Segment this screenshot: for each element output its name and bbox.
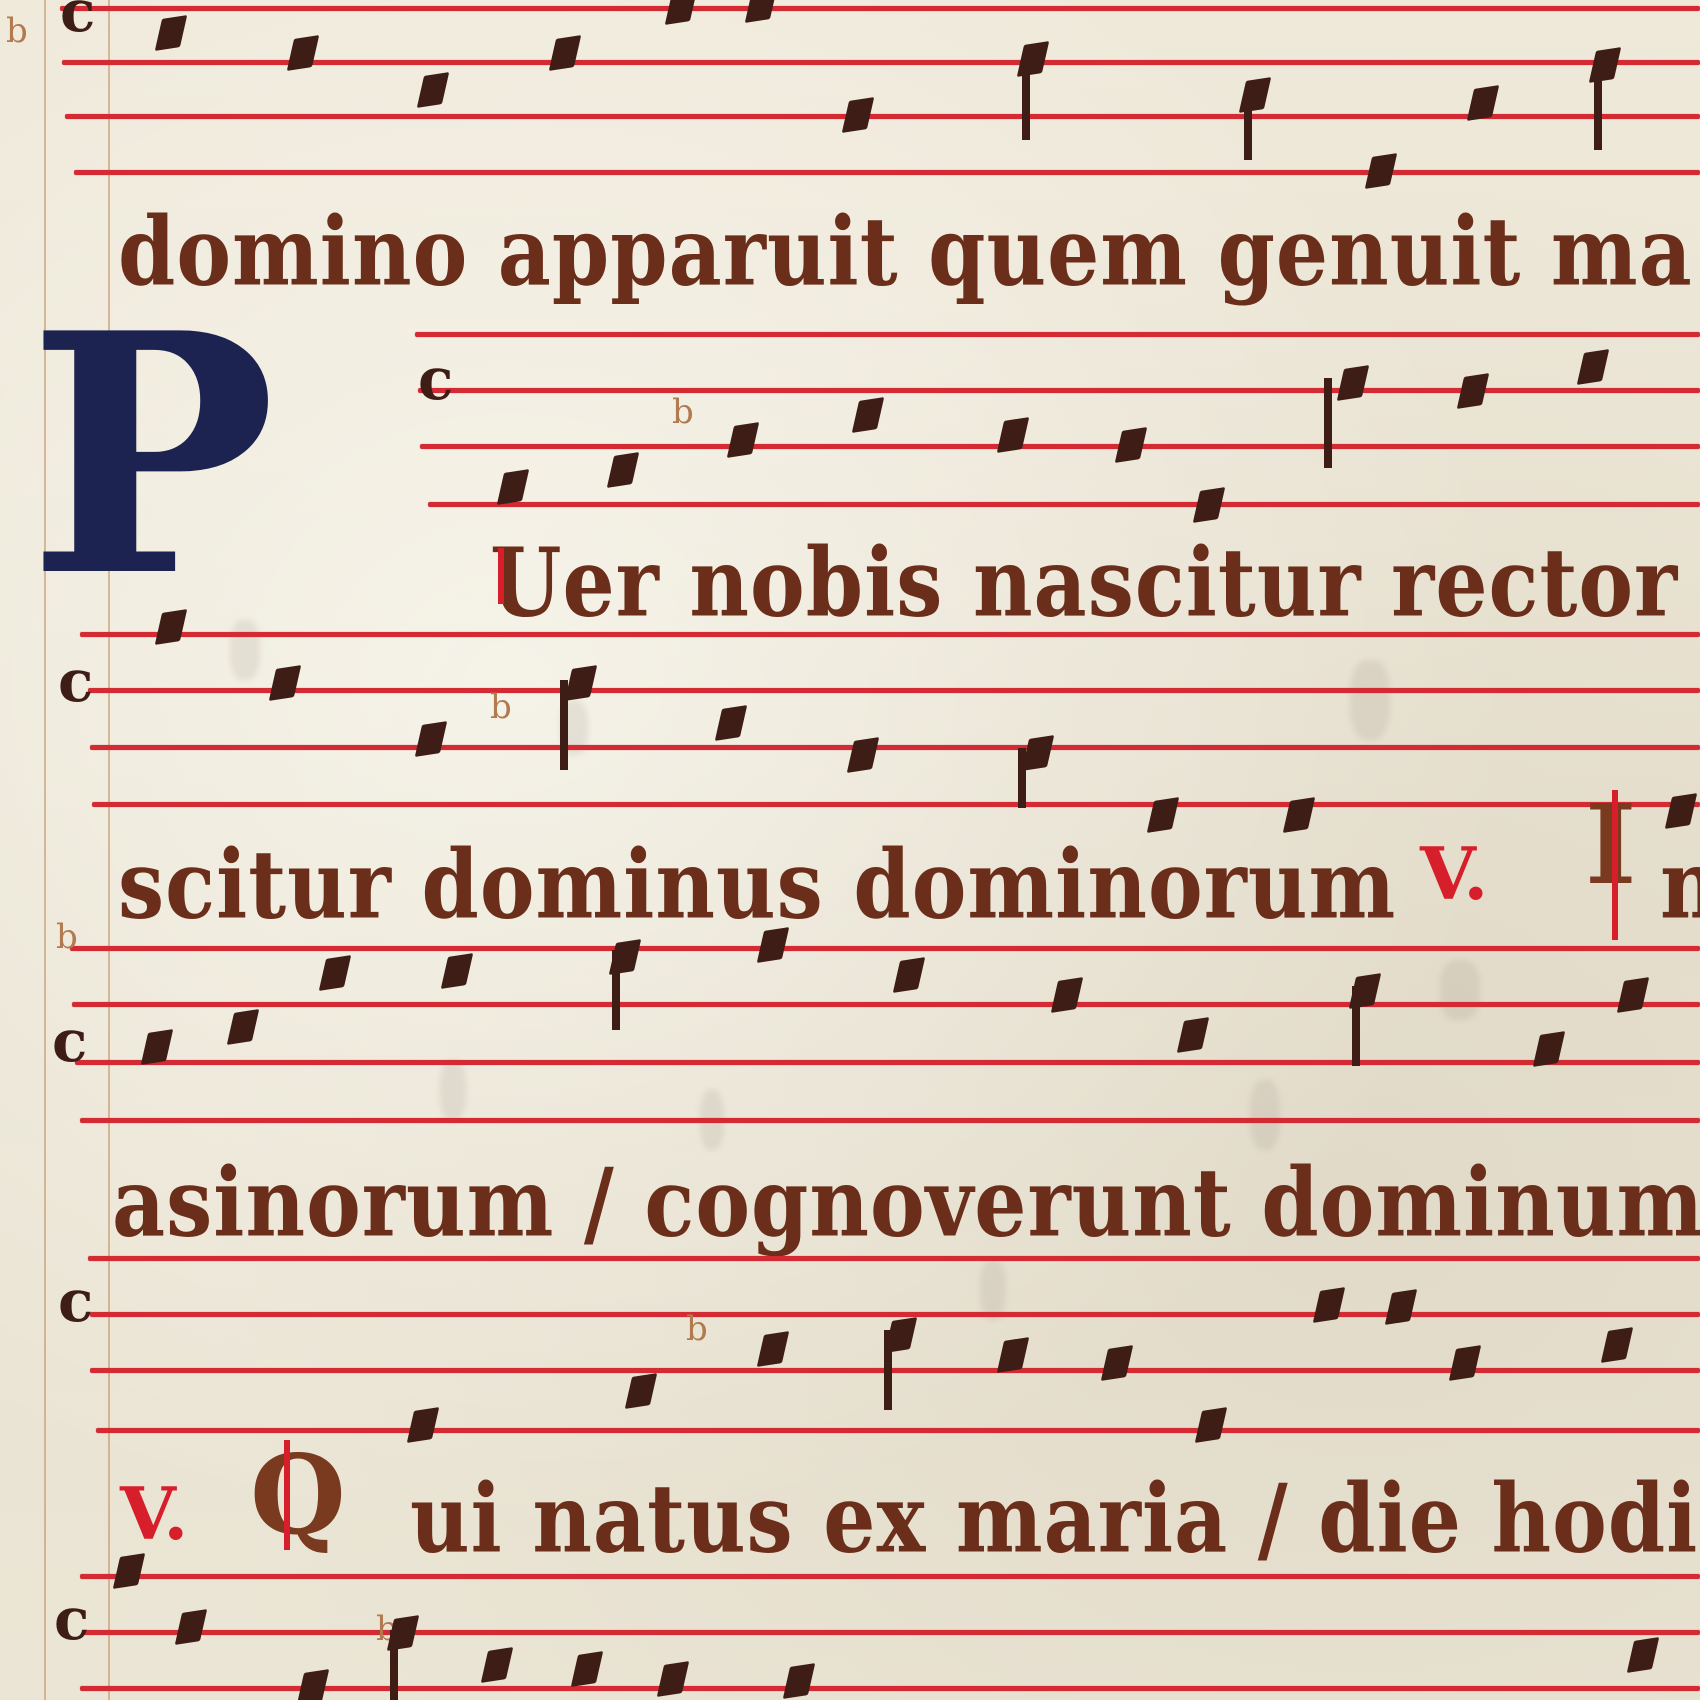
margin-ruling-left bbox=[44, 0, 46, 1700]
lyric-line-3: scitur dominus dominorum bbox=[118, 838, 1396, 932]
rubric-stroke bbox=[1612, 790, 1618, 940]
neume-punctum bbox=[625, 1373, 657, 1409]
flat-sign-icon: b bbox=[490, 690, 512, 724]
neume-punctum bbox=[227, 1009, 259, 1045]
neume-punctum bbox=[497, 469, 529, 505]
staff-line bbox=[70, 946, 1700, 951]
staff-line bbox=[420, 444, 1700, 449]
staff-line bbox=[90, 745, 1700, 750]
versicle-rubric: V. bbox=[120, 1478, 188, 1550]
staff-line bbox=[72, 1002, 1700, 1007]
neume-stem bbox=[390, 1630, 398, 1700]
staff-line bbox=[428, 502, 1700, 507]
bleed-through-mark bbox=[440, 1060, 466, 1120]
neume-stem bbox=[1244, 90, 1252, 160]
bleed-through-mark bbox=[980, 1260, 1006, 1320]
staff-line bbox=[74, 170, 1700, 175]
flat-sign-icon: b bbox=[6, 14, 28, 48]
neume-punctum bbox=[1449, 1345, 1481, 1381]
lyric-line-4: asinorum / cognoverunt dominum bbox=[112, 1156, 1700, 1250]
neume-punctum bbox=[852, 397, 884, 433]
neume-stem bbox=[1324, 378, 1332, 468]
neume-stem bbox=[612, 950, 620, 1030]
neume-punctum bbox=[415, 721, 447, 757]
c-clef-icon: c bbox=[418, 350, 453, 408]
neume-punctum bbox=[269, 665, 301, 701]
neume-punctum bbox=[1101, 1345, 1133, 1381]
capital-letter-q: Q bbox=[250, 1440, 346, 1550]
neume-punctum bbox=[893, 957, 925, 993]
c-clef-icon: c bbox=[60, 0, 95, 40]
neume-punctum bbox=[1385, 1289, 1417, 1325]
neume-punctum bbox=[571, 1651, 603, 1687]
staff-line bbox=[88, 1256, 1700, 1261]
staff-line bbox=[92, 802, 1700, 807]
neume-punctum bbox=[1051, 977, 1083, 1013]
neume-stem bbox=[884, 1330, 892, 1410]
neume-punctum bbox=[1665, 793, 1697, 829]
neume-punctum bbox=[113, 1553, 145, 1589]
staff-line bbox=[65, 114, 1700, 119]
staff-line bbox=[88, 688, 1700, 693]
neume-punctum bbox=[1177, 1017, 1209, 1053]
staff-line bbox=[80, 632, 1700, 637]
flat-sign-icon: b bbox=[672, 395, 694, 429]
flat-sign-icon: b bbox=[686, 1312, 708, 1346]
lyric-line-5: ui natus ex maria / die hodie bbox=[410, 1472, 1700, 1566]
staff-line bbox=[80, 1574, 1700, 1579]
neume-stem bbox=[1018, 748, 1026, 808]
capital-letter-i: I bbox=[1585, 790, 1636, 900]
neume-stem bbox=[1022, 60, 1030, 140]
neume-punctum bbox=[1313, 1287, 1345, 1323]
staff-line bbox=[60, 6, 1700, 11]
neume-punctum bbox=[441, 953, 473, 989]
neume-punctum bbox=[715, 705, 747, 741]
illuminated-initial: P bbox=[28, 290, 276, 620]
neume-punctum bbox=[1601, 1327, 1633, 1363]
bleed-through-mark bbox=[1440, 960, 1480, 1020]
neume-virga bbox=[1337, 365, 1369, 401]
neume-podatus bbox=[1577, 349, 1609, 385]
neume-punctum bbox=[657, 1661, 689, 1697]
staff-line bbox=[415, 332, 1700, 337]
staff-line bbox=[90, 1312, 1700, 1317]
neume-punctum bbox=[1193, 487, 1225, 523]
neume-climacus bbox=[847, 737, 879, 773]
c-clef-icon: c bbox=[54, 1590, 89, 1648]
versicle-rubric: V. bbox=[1420, 838, 1488, 910]
bleed-through-mark bbox=[1250, 1080, 1280, 1150]
bleed-through-mark bbox=[1350, 660, 1390, 740]
c-clef-icon: c bbox=[58, 652, 93, 710]
neume-punctum bbox=[481, 1647, 513, 1683]
neume-punctum bbox=[1457, 373, 1489, 409]
neume-stem bbox=[1594, 60, 1602, 150]
lyric-line-1: domino apparuit quem genuit ma bbox=[118, 205, 1693, 299]
c-clef-icon: c bbox=[52, 1012, 87, 1070]
neume-punctum bbox=[297, 1669, 329, 1700]
margin-ruling-inner bbox=[108, 0, 110, 1700]
neume-punctum bbox=[1365, 153, 1397, 189]
neume-punctum bbox=[1617, 977, 1649, 1013]
staff-line bbox=[418, 388, 1700, 393]
neume-punctum bbox=[607, 452, 639, 488]
rubric-stroke bbox=[498, 548, 504, 604]
staff-line bbox=[80, 1118, 1700, 1123]
neume-punctum bbox=[665, 0, 697, 25]
neume-stem bbox=[560, 680, 568, 770]
flat-sign-icon: b bbox=[56, 920, 78, 954]
neume-punctum bbox=[1627, 1637, 1659, 1673]
neume-punctum bbox=[417, 72, 449, 108]
neume-punctum bbox=[549, 35, 581, 71]
lyric-line-2: Uer nobis nascitur rector ang bbox=[490, 536, 1700, 630]
neume-punctum bbox=[319, 955, 351, 991]
neume-punctum bbox=[783, 1663, 815, 1699]
neume-punctum bbox=[1115, 427, 1147, 463]
staff-line bbox=[75, 1060, 1700, 1065]
neume-punctum bbox=[727, 422, 759, 458]
staff-line bbox=[84, 1630, 1700, 1635]
manuscript-page: c b domino apparuit quem genuit ma P c b bbox=[0, 0, 1700, 1700]
neume-punctum bbox=[407, 1407, 439, 1443]
neume-punctum bbox=[842, 97, 874, 133]
lyric-line-3-continuation: n bbox=[1660, 838, 1700, 932]
neume-virga bbox=[1022, 735, 1054, 771]
neume-punctum bbox=[155, 15, 187, 51]
neume-punctum bbox=[1195, 1407, 1227, 1443]
neume-virga bbox=[565, 665, 597, 701]
neume-stem bbox=[1352, 986, 1360, 1066]
c-clef-icon: c bbox=[58, 1272, 93, 1330]
neume-punctum bbox=[745, 0, 777, 23]
neume-punctum bbox=[175, 1609, 207, 1645]
neume-punctum bbox=[757, 1331, 789, 1367]
rubric-stroke bbox=[284, 1440, 290, 1550]
neume-punctum bbox=[287, 35, 319, 71]
